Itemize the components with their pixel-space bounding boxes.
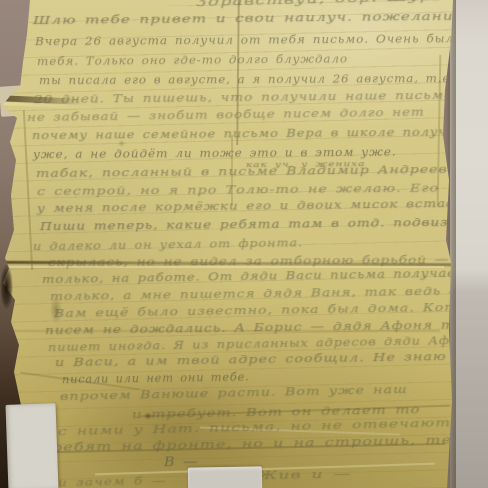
handwritten-line: с сестрой, но я про Толю-то не желаю. Ег… [37,182,439,197]
handwritten-line: и зачем б — [58,477,167,488]
tape-patch-bottom [188,466,262,488]
letter-photograph: Здравствуй, дор. ШураШлю тебе привет и с… [0,0,488,488]
handwritten-line: тебя. Только оно где-то долго блуждало [37,53,348,67]
handwritten-line: Жив и — [258,468,352,481]
handwritten-line: писали или нет они тебе. [62,371,250,385]
handwritten-line: ты писала его в августе, а я получил 26 … [39,73,488,86]
letter-paper: Здравствуй, дор. ШураШлю тебе привет и с… [0,0,488,488]
handwritten-line: Вчера 26 августа получил от тебя письмо.… [35,33,486,47]
dark-stain-left-edge [0,264,13,310]
handwritten-line: уже, а не дойдёт ли тоже это и в этом уж… [33,146,397,160]
handwritten-line: скрылась, но не видел за отборною борьбо… [48,254,477,268]
handwritten-line: и далеко ли он уехал от фронта. [33,237,303,252]
tape-patch-left [6,403,59,488]
